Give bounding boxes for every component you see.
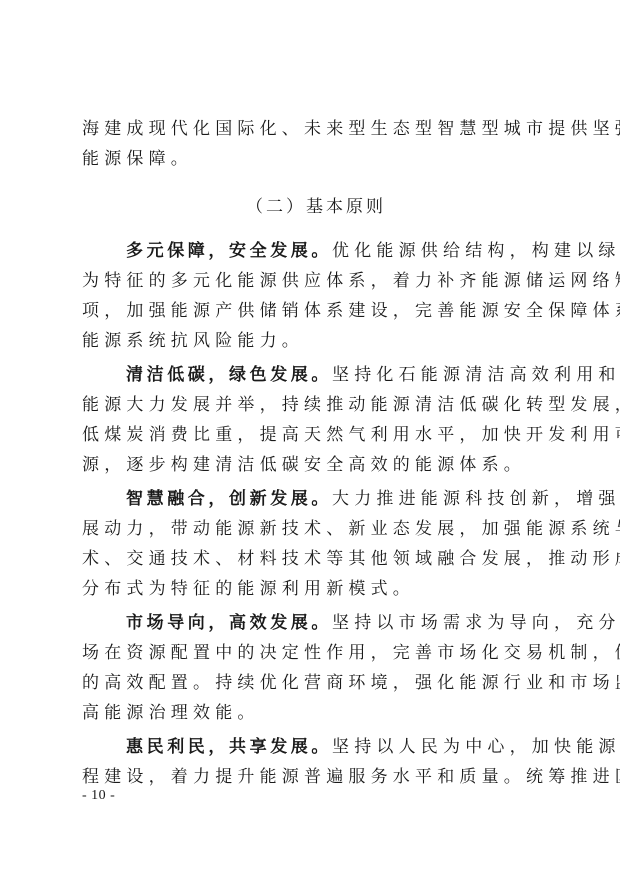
text-span: 坚持以市场需求为导向，充分发挥市 (332, 613, 620, 633)
text-span: 坚持以人民为中心，加快能源惠民工 (332, 737, 620, 757)
principle-paragraph-5: 惠民利民，共享发展。坚持以人民为中心，加快能源惠民工 程建设，着力提升能源普遍服… (82, 732, 550, 792)
text-line: 源，逐步构建清洁低碳安全高效的能源体系。 (82, 450, 550, 480)
text-line: 项，加强能源产供储销体系建设，完善能源安全保障体系，提升 (82, 296, 550, 326)
text-line: 术、交通技术、材料技术等其他领域融合发展，推动形成智能化、 (82, 544, 550, 574)
text-span: 大力推进能源科技创新，增强能源发 (332, 489, 620, 509)
text-line: 惠民利民，共享发展。坚持以人民为中心，加快能源惠民工 (82, 732, 550, 762)
principle-paragraph-3: 智慧融合，创新发展。大力推进能源科技创新，增强能源发 展动力，带动能源新技术、新… (82, 484, 550, 604)
page-content: 海建成现代化国际化、未来型生态型智慧型城市提供坚强可靠的 能源保障。 （二）基本… (82, 114, 550, 796)
section-heading: （二）基本原则 (82, 192, 550, 222)
text-span: 优化能源供给结构，构建以绿色低碳 (332, 241, 620, 261)
text-line: 高能源治理效能。 (82, 698, 550, 728)
intro-paragraph: 海建成现代化国际化、未来型生态型智慧型城市提供坚强可靠的 能源保障。 (82, 114, 550, 174)
principle-title: 智慧融合，创新发展。 (126, 489, 332, 509)
principle-title: 清洁低碳，绿色发展。 (126, 365, 332, 385)
principle-paragraph-2: 清洁低碳，绿色发展。坚持化石能源清洁高效利用和非化石 能源大力发展并举，持续推动… (82, 360, 550, 480)
text-line: 能源系统抗风险能力。 (82, 326, 550, 356)
text-line: 多元保障，安全发展。优化能源供给结构，构建以绿色低碳 (82, 236, 550, 266)
principle-paragraph-1: 多元保障，安全发展。优化能源供给结构，构建以绿色低碳 为特征的多元化能源供应体系… (82, 236, 550, 356)
text-line: 低煤炭消费比重，提高天然气利用水平，加快开发利用可再生能 (82, 420, 550, 450)
principle-title: 多元保障，安全发展。 (126, 241, 332, 261)
text-line: 程建设，着力提升能源普遍服务水平和质量。统筹推进区域内能 (82, 762, 550, 792)
text-span: 坚持化石能源清洁高效利用和非化石 (332, 365, 620, 385)
text-line: 清洁低碳，绿色发展。坚持化石能源清洁高效利用和非化石 (82, 360, 550, 390)
text-line: 展动力，带动能源新技术、新业态发展，加强能源系统与信息技 (82, 514, 550, 544)
principle-title: 市场导向，高效发展。 (126, 613, 332, 633)
text-line: 的高效配置。持续优化营商环境，强化能源行业和市场监管，提 (82, 668, 550, 698)
text-line: 能源大力发展并举，持续推动能源清洁低碳化转型发展，逐步降 (82, 390, 550, 420)
text-line: 分布式为特征的能源利用新模式。 (82, 574, 550, 604)
text-line: 市场导向，高效发展。坚持以市场需求为导向，充分发挥市 (82, 608, 550, 638)
page-number: - 10 - (82, 788, 115, 804)
principle-paragraph-4: 市场导向，高效发展。坚持以市场需求为导向，充分发挥市 场在资源配置中的决定性作用… (82, 608, 550, 728)
text-line: 能源保障。 (82, 144, 550, 174)
text-line: 智慧融合，创新发展。大力推进能源科技创新，增强能源发 (82, 484, 550, 514)
text-line: 海建成现代化国际化、未来型生态型智慧型城市提供坚强可靠的 (82, 114, 550, 144)
text-line: 场在资源配置中的决定性作用，完善市场化交易机制，促进资源 (82, 638, 550, 668)
principle-title: 惠民利民，共享发展。 (126, 737, 332, 757)
text-line: 为特征的多元化能源供应体系，着力补齐能源储运网络短板和弱 (82, 266, 550, 296)
document-page: 海建成现代化国际化、未来型生态型智慧型城市提供坚强可靠的 能源保障。 （二）基本… (0, 0, 620, 876)
